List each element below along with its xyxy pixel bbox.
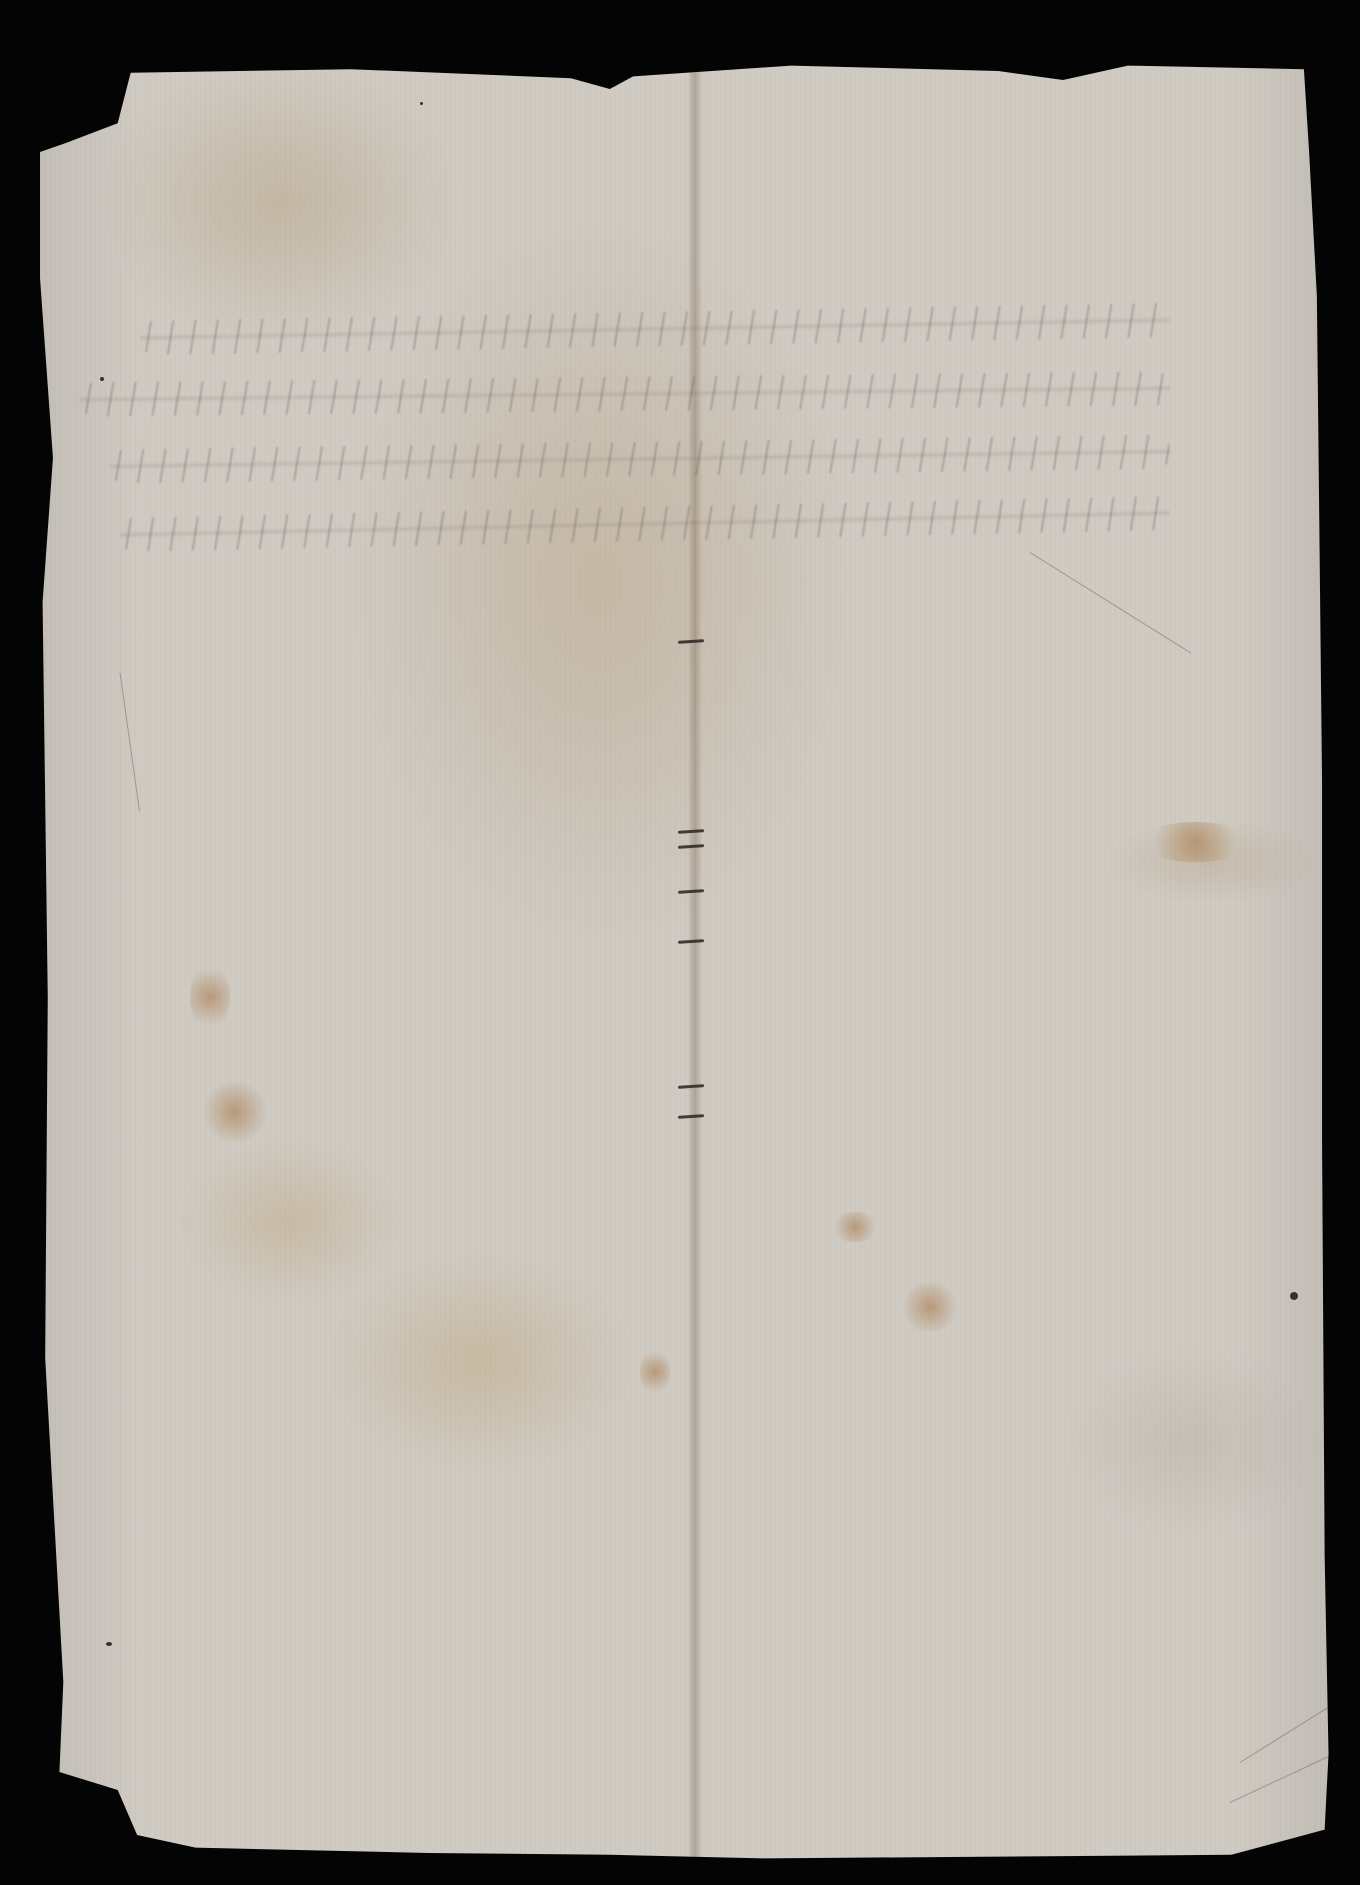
foxing-spot	[1140, 822, 1250, 862]
foxing-spot	[900, 1282, 960, 1332]
ink-speck	[1290, 1292, 1298, 1300]
foxing-spot	[200, 1082, 270, 1142]
foxing-spot	[190, 962, 230, 1032]
paper-crease	[1240, 1704, 1334, 1763]
document-page	[40, 62, 1335, 1862]
bleed-through-line	[110, 435, 1170, 484]
paper-crease	[120, 672, 140, 811]
ink-speck	[420, 102, 423, 105]
bleed-through-flourish	[1030, 552, 1192, 654]
ink-speck	[100, 377, 104, 381]
foxing-spot	[830, 1212, 880, 1242]
ink-speck	[106, 1642, 112, 1646]
bleed-through-line	[80, 371, 1170, 416]
bleed-through-line	[120, 496, 1170, 552]
foxing-spot	[640, 1347, 670, 1397]
bleed-through-line	[140, 303, 1170, 355]
